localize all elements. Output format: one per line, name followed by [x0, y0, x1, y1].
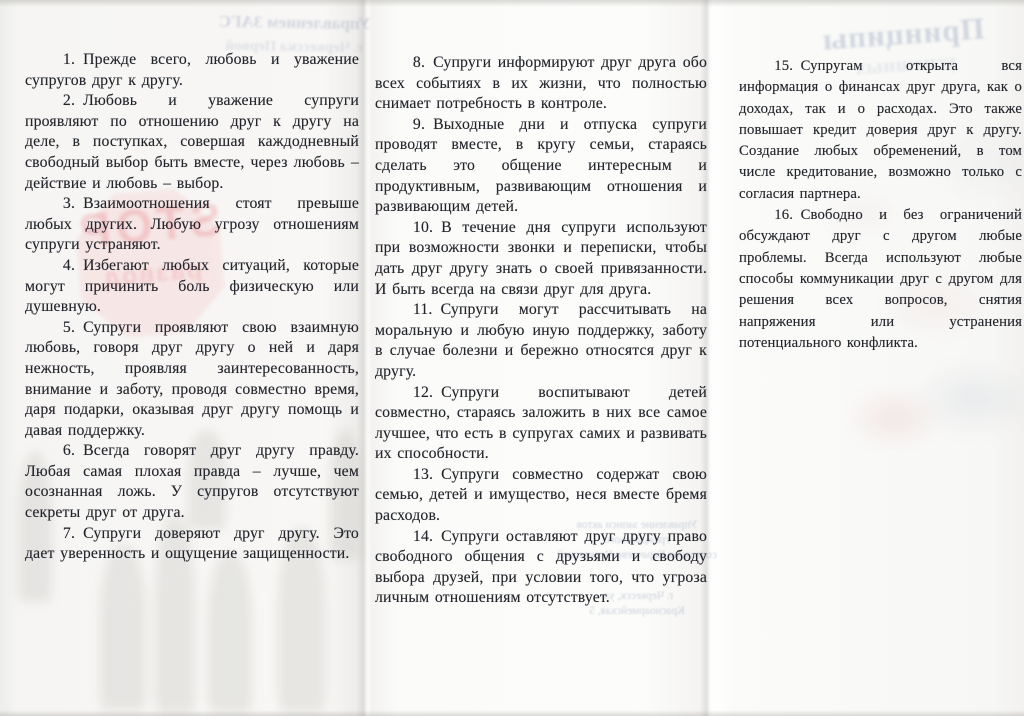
scan-edge-top [0, 0, 1024, 7]
principle-10: 10. В течение дня супруги используют при… [375, 218, 707, 300]
principle-6: 6. Всегда говорят друг другу правду. Люб… [25, 441, 359, 523]
scanned-brochure-page: Управлением ЗАГС г. Черкесска Первой При… [0, 0, 1024, 716]
text-column-right: 15. Супругам открыта вся информация о фи… [739, 56, 1022, 354]
principle-5: 5. Супруги проявляют свою взаимную любов… [25, 318, 359, 442]
principle-2: 2. Любовь и уважение супруги проявляют п… [25, 91, 359, 194]
principle-8: 8. Супруги информируют друг друга обо вс… [375, 53, 707, 115]
principle-3: 3. Взаимоотношения стоят превыше любых д… [25, 194, 359, 256]
principle-9: 9. Выходные дни и отпуска супруги провод… [375, 115, 707, 218]
principle-12: 12. Супруги воспитывают детей совместно,… [375, 383, 707, 465]
principle-11: 11. Супруги могут рассчитывать на мораль… [375, 300, 707, 382]
principle-13: 13. Супруги совместно содержат свою семь… [375, 465, 707, 527]
text-column-middle: 8. Супруги информируют друг друга обо вс… [375, 53, 707, 609]
principle-14: 14. Супруги оставляют друг другу право с… [375, 527, 707, 609]
scan-edge-bottom [0, 710, 1024, 716]
principle-16: 16. Свободно и без ограничений обсуждают… [739, 205, 1022, 354]
principle-7: 7. Супруги доверяют друг другу. Это дает… [25, 524, 359, 565]
principle-15: 15. Супругам открыта вся информация о фи… [739, 56, 1022, 205]
text-column-left: 1. Прежде всего, любовь и уважение супру… [25, 50, 359, 565]
principle-1: 1. Прежде всего, любовь и уважение супру… [25, 50, 359, 91]
principle-4: 4. Избегают любых ситуаций, которые могу… [25, 256, 359, 318]
